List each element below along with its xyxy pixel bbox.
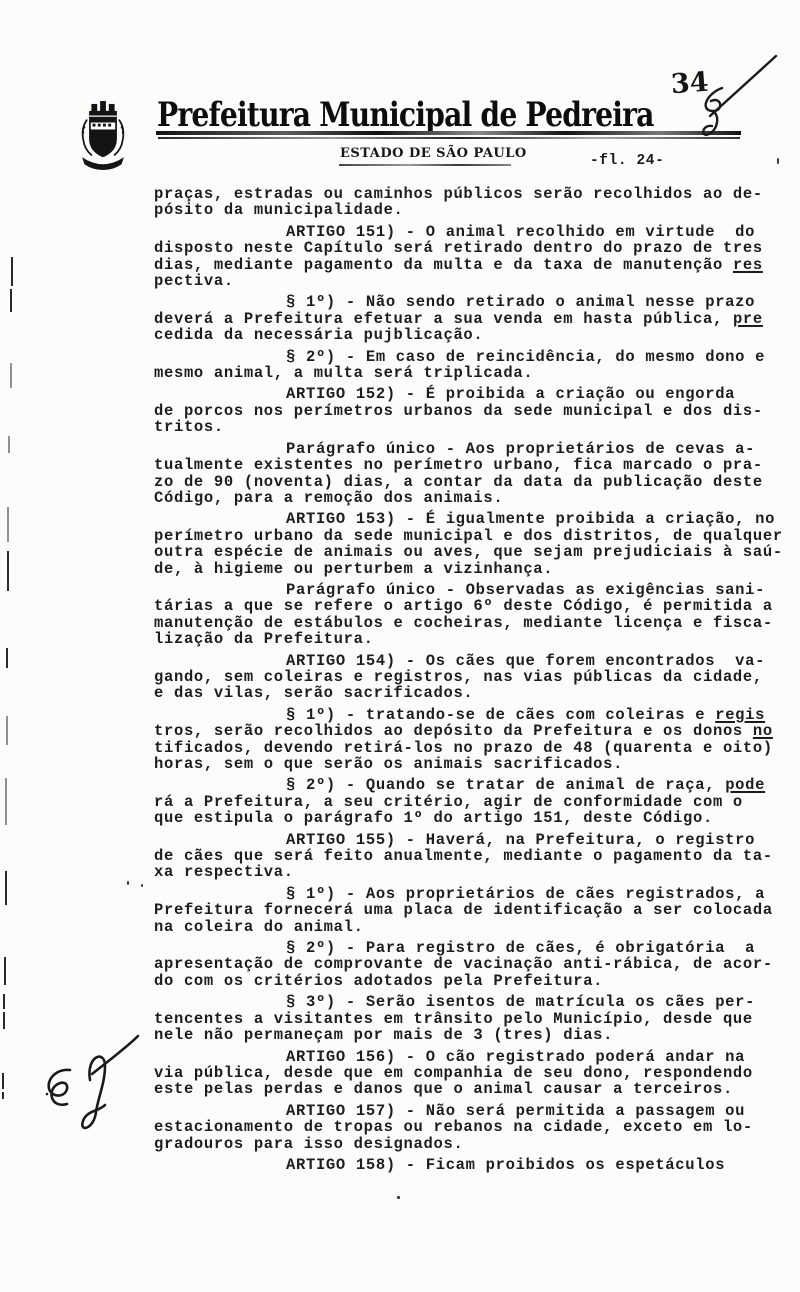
paragraph: ARTIGO 153) - É igualmente proibida a cr…	[154, 511, 800, 577]
margin-tick-mark	[8, 436, 10, 453]
ink-speck	[397, 1196, 400, 1199]
ink-speck	[141, 884, 143, 887]
margin-tick-mark	[3, 1012, 5, 1029]
paragraph: ARTIGO 157) - Não será permitida a passa…	[154, 1103, 800, 1152]
margin-tick-mark	[10, 363, 12, 388]
margin-tick-mark	[10, 289, 12, 312]
letterhead-subtitle: ESTADO DE SÃO PAULO	[340, 146, 527, 161]
paragraph: praças, estradas ou caminhos públicos se…	[154, 186, 800, 219]
scanned-page: Prefeitura Municipal de Pedreira ESTADO …	[0, 0, 800, 1292]
paragraph: § 3º) - Serão isentos de matrícula os cã…	[154, 994, 800, 1043]
paragraph: ARTIGO 154) - Os cães que forem encontra…	[154, 653, 800, 702]
paragraph: ARTIGO 152) - É proibida a criação ou en…	[154, 386, 800, 435]
paragraph: ARTIGO 158) - Ficam proibidos os espetác…	[154, 1157, 800, 1173]
margin-tick-mark	[5, 871, 7, 905]
margin-tick-mark	[11, 257, 13, 286]
letterhead-title: Prefeitura Municipal de Pedreira	[157, 95, 654, 135]
paragraph: § 1º) - Aos proprietários de cães regist…	[154, 886, 800, 935]
margin-tick-mark	[6, 648, 8, 668]
margin-tick-mark	[7, 507, 9, 542]
paragraph: Parágrafo único - Aos proprietários de c…	[154, 441, 800, 507]
letterhead-rule-2	[158, 137, 740, 139]
paragraph: Parágrafo único - Observadas as exigênci…	[154, 582, 800, 648]
paragraph: § 2º) - Em caso de reincidência, do mesm…	[154, 349, 800, 382]
ink-speck	[127, 881, 129, 885]
paragraph: ARTIGO 151) - O animal recolhido em virt…	[154, 224, 800, 290]
margin-tick-mark	[6, 716, 8, 745]
document-body: praças, estradas ou caminhos públicos se…	[154, 186, 800, 1178]
paragraph: § 1º) - tratando-se de cães com coleiras…	[154, 707, 800, 773]
margin-tick-mark	[2, 1092, 4, 1099]
paragraph: ARTIGO 156) - O cão registrado poderá an…	[154, 1049, 800, 1098]
handwritten-initials-icon	[38, 1028, 153, 1153]
margin-tick-mark	[4, 957, 6, 985]
margin-tick-mark	[2, 1073, 4, 1089]
paragraph: ARTIGO 155) - Haverá, na Prefeitura, o r…	[154, 832, 800, 881]
paragraph: § 1º) - Não sendo retirado o animal ness…	[154, 294, 800, 343]
margin-tick-mark	[7, 551, 9, 591]
letterhead-rule	[156, 131, 741, 135]
paragraph: § 2º) - Quando se tratar de animal de ra…	[154, 777, 800, 826]
coat-of-arms-icon	[74, 99, 132, 175]
handwritten-rubric-icon	[668, 52, 783, 147]
margin-tick-mark	[3, 994, 5, 1009]
margin-tick-mark	[5, 778, 7, 825]
folio-number: -fl. 24-	[590, 153, 664, 169]
paragraph: § 2º) - Para registro de cães, é obrigat…	[154, 940, 800, 989]
subtitle-underline	[339, 164, 511, 166]
ink-speck	[777, 158, 779, 164]
